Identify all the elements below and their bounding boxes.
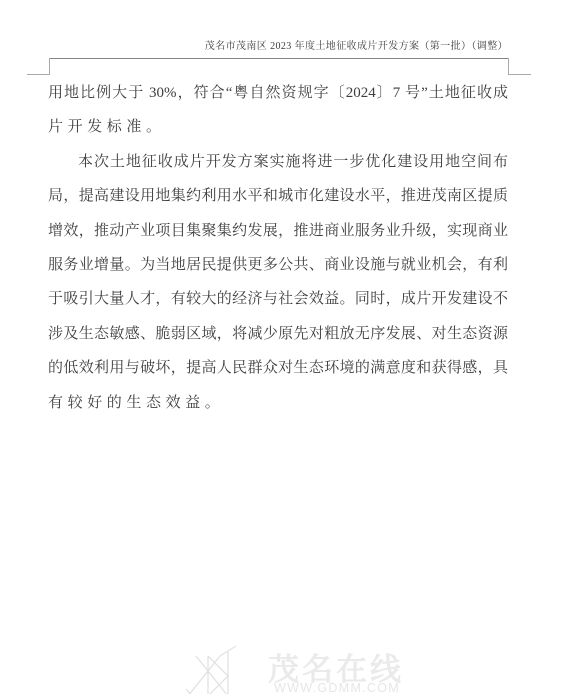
body-line: 用地比例大于 30%，符合“粤自然资规字〔2024〕7 号”土地征收成 xyxy=(48,76,508,110)
watermark-logo-icon xyxy=(186,642,258,694)
document-page: 茂名市茂南区 2023 年度土地征收成片开发方案（第一批）（调整） 用地比例大于… xyxy=(0,0,577,694)
body-line: 片开发标准。 xyxy=(48,110,508,144)
watermark-site-name: 茂名在线 xyxy=(268,644,404,689)
body-line: 涉及生态敏感、脆弱区域，将减少原先对粗放无序发展、对生态资源 xyxy=(48,317,508,351)
watermark: 茂名在线 WWW.GDMM.COM xyxy=(182,638,422,694)
body-line: 的低效利用与破坏，提高人民群众对生态环境的满意度和获得感，具 xyxy=(48,351,508,385)
margin-crop-mark-left-horizontal xyxy=(27,74,50,75)
margin-crop-mark-right-vertical xyxy=(508,58,509,75)
header-rule xyxy=(49,58,508,59)
body-line: 本次土地征收成片开发方案实施将进一步优化建设用地空间布 xyxy=(48,145,508,179)
page-header-title: 茂名市茂南区 2023 年度土地征收成片开发方案（第一批）（调整） xyxy=(205,40,508,54)
watermark-site-url: WWW.GDMM.COM xyxy=(274,681,400,694)
body-line: 于吸引大量人才，有较大的经济与社会效益。同时，成片开发建设不 xyxy=(48,282,508,316)
document-body: 用地比例大于 30%，符合“粤自然资规字〔2024〕7 号”土地征收成 片开发标… xyxy=(48,76,508,420)
body-line: 增效，推动产业项目集聚集约发展，推进商业服务业升级，实现商业 xyxy=(48,214,508,248)
margin-crop-mark-right-horizontal xyxy=(508,74,531,75)
body-line: 有较好的生态效益。 xyxy=(48,386,508,420)
body-line: 局，提高建设用地集约利用水平和城市化建设水平，推进茂南区提质 xyxy=(48,179,508,213)
margin-crop-mark-left-vertical xyxy=(49,58,50,75)
body-line: 服务业增量。为当地居民提供更多公共、商业设施与就业机会，有利 xyxy=(48,248,508,282)
